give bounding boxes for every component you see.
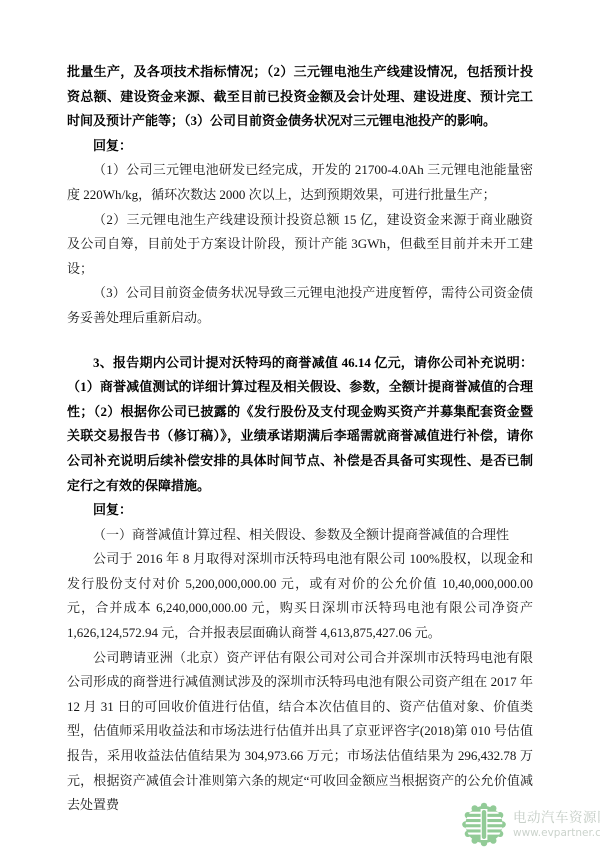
paragraph-question2-continuation: 批量生产，及各项技术指标情况；（2）三元锂电池生产线建设情况，包括预计投资总额、… xyxy=(67,60,533,134)
paragraph-valuation-detail: 公司聘请亚洲（北京）资产评估有限公司对公司合并深圳市沃特玛电池有限公司形成的商誉… xyxy=(67,646,533,818)
paragraph-reply-label-2: 回复： xyxy=(67,498,533,523)
document-page: 批量生产，及各项技术指标情况；（2）三元锂电池生产线建设情况，包括预计投资总额、… xyxy=(0,0,600,849)
paragraph-reply1-item3: （3）公司目前资金债务状况导致三元锂电池投产进度暂停，需待公司资金债务妥善处理后… xyxy=(67,281,533,330)
paragraph-reply-label-1: 回复： xyxy=(67,134,533,159)
paragraph-reply1-item1: （1）公司三元锂电池研发已经完成，开发的 21700-4.0Ah 三元锂电池能量… xyxy=(67,158,533,207)
watermark: 电动汽车资源网 www.evpartner.com xyxy=(462,802,600,847)
paragraph-reply1-item2: （2）三元锂电池生产线建设预计投资总额 15 亿，建设资金来源于商业融资及公司自… xyxy=(67,208,533,282)
paragraph-question3: 3、报告期内公司计提对沃特玛的商誉减值 46.14 亿元，请你公司补充说明：（1… xyxy=(67,351,533,499)
paragraph-goodwill-cost-detail: 公司于 2016 年 8 月取得对深圳市沃特玛电池有限公司 100%股权，以现金… xyxy=(67,547,533,645)
section-spacer xyxy=(67,331,533,351)
watermark-site-url: www.evpartner.com xyxy=(513,827,600,839)
paragraph-reply2-heading: （一）商誉减值计算过程、相关假设、参数及全额计提商誉减值的合理性 xyxy=(67,523,533,548)
watermark-text: 电动汽车资源网 www.evpartner.com xyxy=(513,811,600,839)
watermark-site-name: 电动汽车资源网 xyxy=(513,811,600,826)
evpartner-logo-icon xyxy=(462,802,506,847)
document-body: 批量生产，及各项技术指标情况；（2）三元锂电池生产线建设情况，包括预计投资总额、… xyxy=(67,60,533,818)
